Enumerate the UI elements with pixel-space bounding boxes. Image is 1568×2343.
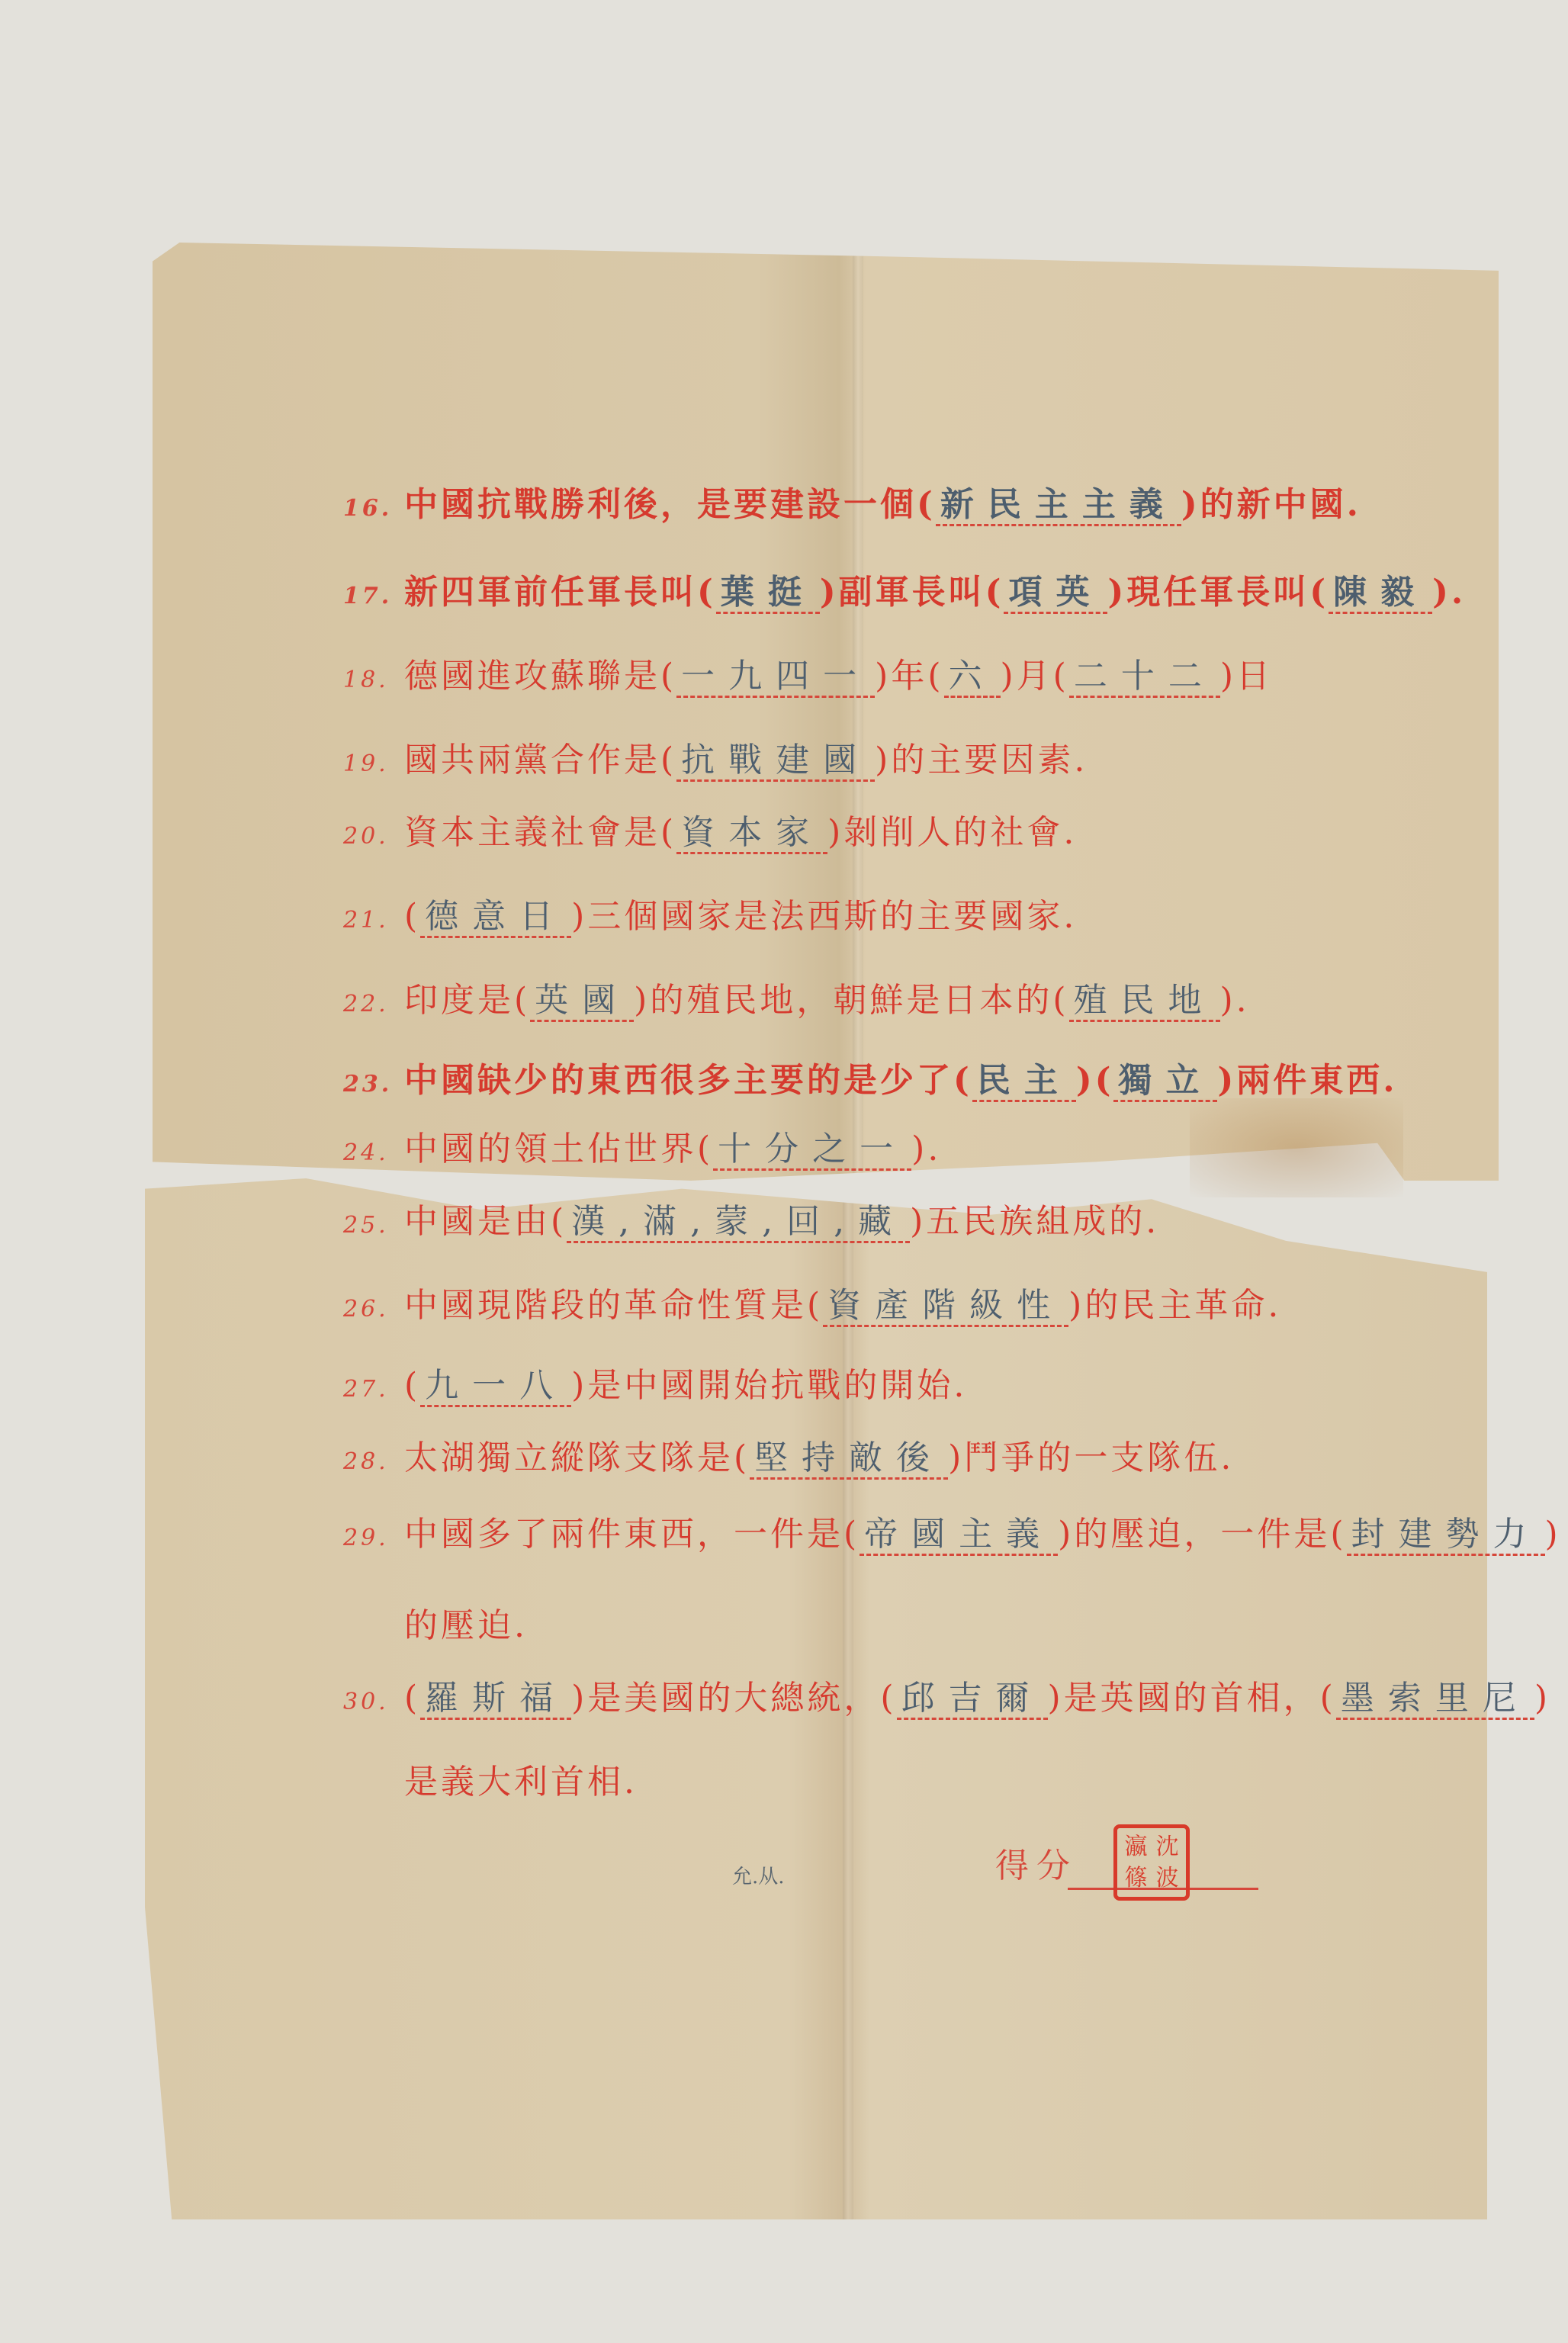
answer: 獨立 xyxy=(1113,1061,1217,1102)
answer: 資本家 xyxy=(676,813,827,854)
question-23: 23.中國缺少的東西很多主要的是少了(民主)(獨立)兩件東西. xyxy=(343,1064,1398,1098)
answer: 陳毅 xyxy=(1329,573,1432,614)
question-28: 28.太湖獨立縱隊支隊是(堅持敵後)鬥爭的一支隊伍. xyxy=(343,1441,1234,1475)
answer: 六 xyxy=(944,657,1001,698)
answer: 項英 xyxy=(1004,573,1107,614)
answer: 堅持敵後 xyxy=(750,1438,948,1480)
question-30: 30.(羅斯福)是美國的大總統，(邱吉爾)是英國的首相，(墨索里尼) xyxy=(343,1682,1550,1715)
question-19: 19.國共兩黨合作是(抗戰建國)的主要因素. xyxy=(343,744,1088,777)
answer: 九一八 xyxy=(420,1366,571,1407)
answer: 墨索里尼 xyxy=(1336,1679,1534,1720)
answer: 羅斯福 xyxy=(420,1679,571,1720)
question-24: 24.中國的領土佔世界(十分之一). xyxy=(343,1133,941,1166)
question-30-continuation: 是義大利首相. xyxy=(404,1754,638,1803)
answer: 十分之一 xyxy=(713,1130,911,1171)
answer: 帝國主義 xyxy=(860,1515,1058,1556)
question-22: 22.印度是(英國)的殖民地，朝鮮是日本的(殖民地). xyxy=(343,984,1250,1017)
answer: 一九四一 xyxy=(676,657,875,698)
question-17: 17.新四軍前任軍長叫(葉挺)副軍長叫(項英)現任軍長叫(陳毅). xyxy=(343,576,1466,609)
score-label: 得分 xyxy=(995,1838,1078,1887)
question-29: 29.中國多了兩件東西，一件是(帝國主義)的壓迫，一件是(封建勢力) xyxy=(343,1518,1561,1551)
question-27: 27.(九一八)是中國開始抗戰的開始. xyxy=(343,1369,967,1403)
answer: 二十二 xyxy=(1069,657,1220,698)
question-20: 20.資本主義社會是(資本家)剝削人的社會. xyxy=(343,816,1077,850)
answer: 新民主主義 xyxy=(936,485,1181,526)
answer: 民主 xyxy=(972,1061,1076,1102)
question-25: 25.中國是由(漢,滿,蒙,回,藏)五民族組成的. xyxy=(343,1205,1159,1239)
answer: 殖民地 xyxy=(1069,981,1220,1022)
red-seal-stamp: 瀛 沈 篠 波 xyxy=(1113,1824,1190,1901)
answer: 漢,滿,蒙,回,藏 xyxy=(567,1202,910,1243)
answer: 葉挺 xyxy=(716,573,820,614)
question-29-continuation: 的壓迫. xyxy=(404,1598,528,1647)
answer: 德意日 xyxy=(420,897,571,938)
answer: 英國 xyxy=(530,981,634,1022)
grader-note: 允.从. xyxy=(732,1861,785,1889)
question-16: 16.中國抗戰勝利後，是要建設一個(新民主主義)的新中國. xyxy=(343,488,1361,522)
answer: 抗戰建國 xyxy=(676,741,875,782)
fold-crease xyxy=(853,243,863,1181)
paper-top-half xyxy=(153,243,1499,1181)
question-18: 18.德國進攻蘇聯是(一九四一)年(六)月(二十二)日 xyxy=(343,660,1273,693)
question-21: 21.(德意日)三個國家是法西斯的主要國家. xyxy=(343,900,1077,934)
answer: 封建勢力 xyxy=(1347,1515,1545,1556)
water-stain xyxy=(1190,1098,1403,1197)
question-26: 26.中國現階段的革命性質是(資產階級性)的民主革命. xyxy=(343,1289,1281,1323)
answer: 邱吉爾 xyxy=(897,1679,1048,1720)
answer: 資產階級性 xyxy=(823,1286,1068,1327)
